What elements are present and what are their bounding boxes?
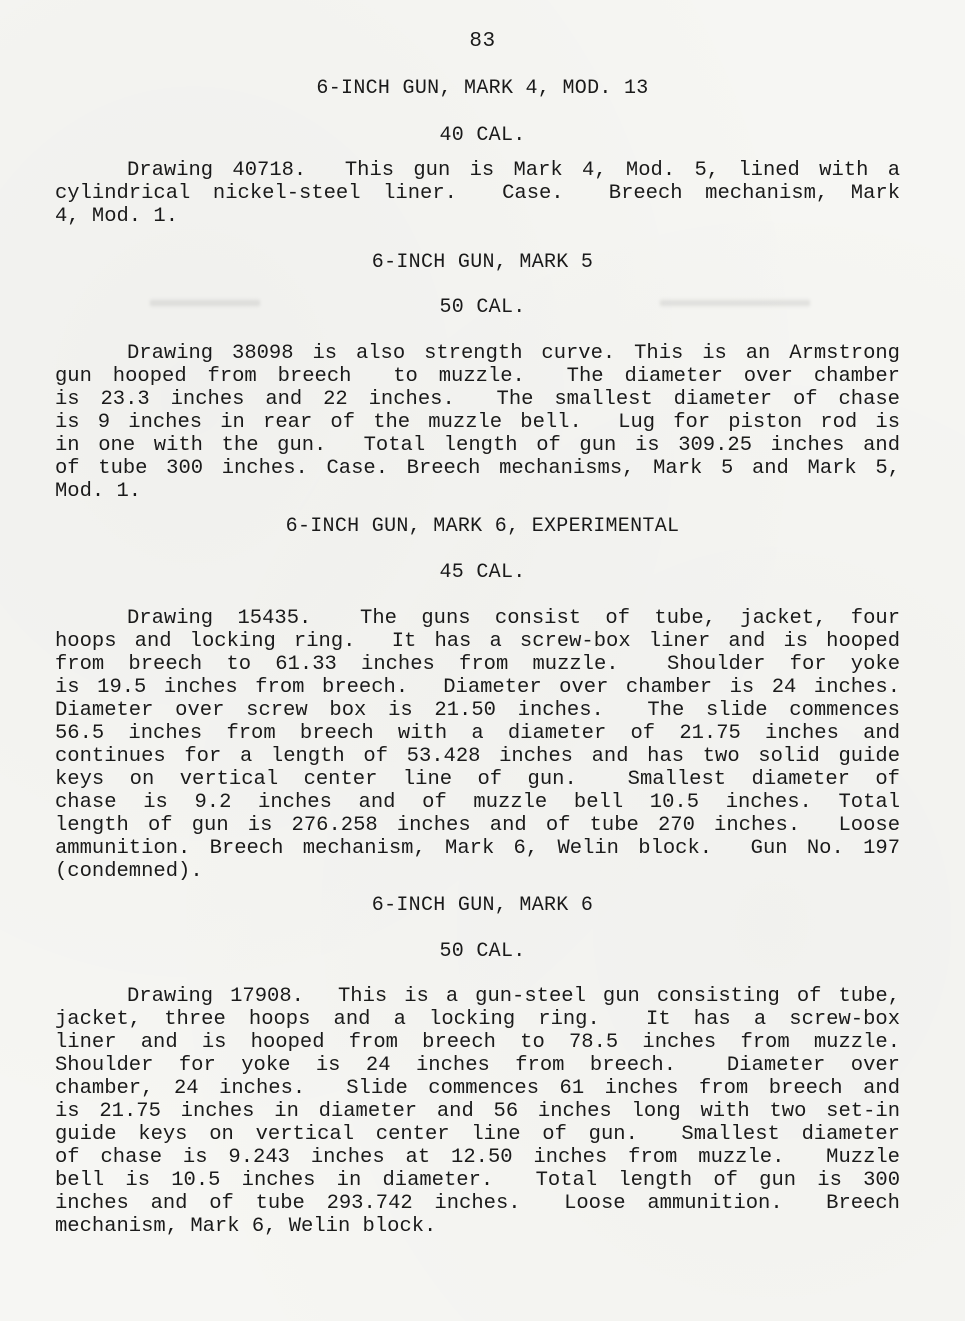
section-caliber: 45 CAL. (0, 561, 965, 584)
paragraph-line: chase is 9.2 inches and of muzzle bell 1… (55, 791, 900, 814)
paragraph-line: is 19.5 inches from breech. Diameter ove… (55, 676, 900, 699)
paragraph-line: cylindrical nickel-steel liner. Case. Br… (55, 182, 900, 205)
paragraph-line: in one with the gun. Total length of gun… (55, 434, 900, 457)
paragraph-line: keys on vertical center line of gun. Sma… (55, 768, 900, 791)
paragraph-line: of chase is 9.243 inches at 12.50 inches… (55, 1146, 900, 1169)
paragraph-line: bell is 10.5 inches in diameter. Total l… (55, 1169, 900, 1192)
paragraph-line: jacket, three hoops and a locking ring. … (55, 1008, 900, 1031)
paragraph-line: continues for a length of 53.428 inches … (55, 745, 900, 768)
section-title: 6-INCH GUN, MARK 5 (0, 251, 965, 274)
section-paragraph: Drawing 40718. This gun is Mark 4, Mod. … (55, 159, 900, 228)
section-paragraph: Drawing 15435. The guns consist of tube,… (55, 607, 900, 883)
section-title: 6-INCH GUN, MARK 4, MOD. 13 (0, 77, 965, 100)
paragraph-line: chamber, 24 inches. Slide commences 61 i… (55, 1077, 900, 1100)
paragraph-line: Shoulder for yoke is 24 inches from bree… (55, 1054, 900, 1077)
document-page: 83 6-INCH GUN, MARK 4, MOD. 13 40 CAL. D… (0, 0, 965, 1321)
paragraph-line: gun hooped from breech to muzzle. The di… (55, 365, 900, 388)
paragraph-line: liner and is hooped from breech to 78.5 … (55, 1031, 900, 1054)
paragraph-line: Drawing 17908. This is a gun-steel gun c… (55, 985, 900, 1008)
paragraph-line: hoops and locking ring. It has a screw-b… (55, 630, 900, 653)
section-caliber: 50 CAL. (0, 940, 965, 963)
paragraph-line: mechanism, Mark 6, Welin block. (55, 1215, 900, 1238)
paragraph-line: Diameter over screw box is 21.50 inches.… (55, 699, 900, 722)
section-paragraph: Drawing 38098 is also strength curve. Th… (55, 342, 900, 503)
paragraph-line: Drawing 38098 is also strength curve. Th… (55, 342, 900, 365)
section-title: 6-INCH GUN, MARK 6, EXPERIMENTAL (0, 515, 965, 538)
paragraph-line: Drawing 40718. This gun is Mark 4, Mod. … (55, 159, 900, 182)
paragraph-line: Mod. 1. (55, 480, 900, 503)
paragraph-line: Drawing 15435. The guns consist of tube,… (55, 607, 900, 630)
paragraph-line: length of gun is 276.258 inches and of t… (55, 814, 900, 837)
paragraph-line: from breech to 61.33 inches from muzzle.… (55, 653, 900, 676)
paragraph-line: (condemned). (55, 860, 900, 883)
paragraph-line: 56.5 inches from breech with a diameter … (55, 722, 900, 745)
paragraph-line: of tube 300 inches. Case. Breech mechani… (55, 457, 900, 480)
section-caliber: 40 CAL. (0, 124, 965, 147)
page-number: 83 (0, 30, 965, 53)
section-caliber: 50 CAL. (0, 296, 965, 319)
paragraph-line: inches and of tube 293.742 inches. Loose… (55, 1192, 900, 1215)
paragraph-line: guide keys on vertical center line of gu… (55, 1123, 900, 1146)
paragraph-line: 4, Mod. 1. (55, 205, 900, 228)
section-title: 6-INCH GUN, MARK 6 (0, 894, 965, 917)
paragraph-line: is 23.3 inches and 22 inches. The smalle… (55, 388, 900, 411)
paragraph-line: ammunition. Breech mechanism, Mark 6, We… (55, 837, 900, 860)
paragraph-line: is 9 inches in rear of the muzzle bell. … (55, 411, 900, 434)
section-paragraph: Drawing 17908. This is a gun-steel gun c… (55, 985, 900, 1238)
paragraph-line: is 21.75 inches in diameter and 56 inche… (55, 1100, 900, 1123)
